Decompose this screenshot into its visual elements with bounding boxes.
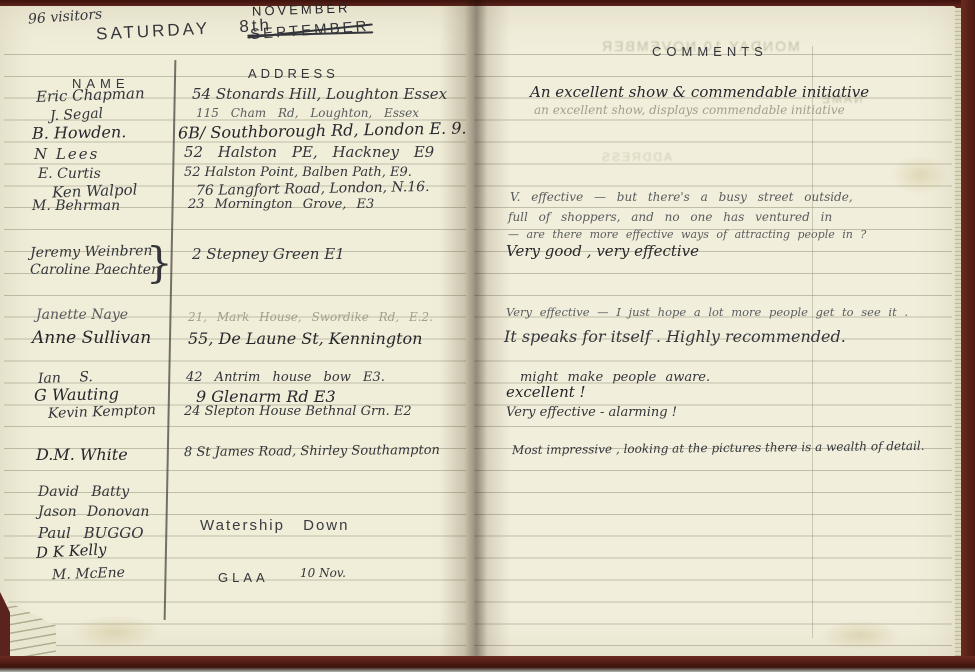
entry-name: Paul BUGGO bbox=[38, 524, 144, 542]
glaa-date: 10 Nov. bbox=[300, 566, 346, 580]
entry-address: 115 Cham Rd, Loughton, Essex bbox=[196, 106, 419, 120]
guestbook-spread: MONDAY 10 NOVEMBER NAME ADDRESS 96 visit… bbox=[0, 0, 975, 672]
entry-name: David Batty bbox=[38, 484, 129, 500]
comment-line: Very effective — I just hope a lot more … bbox=[506, 305, 908, 319]
entry-name: G Wauting bbox=[34, 384, 119, 404]
entry-address: 55, De Laune St, Kennington bbox=[188, 329, 422, 348]
entry-address: 2 Stepney Green E1 bbox=[192, 245, 345, 263]
entry-name: Janette Naye bbox=[36, 307, 128, 323]
comment-line: Very effective - alarming ! bbox=[506, 405, 677, 420]
entry-address: 24 Slepton House Bethnal Grn. E2 bbox=[184, 404, 412, 419]
comment-line: An excellent show & commendable initiati… bbox=[530, 83, 869, 101]
comment-line: full of shoppers, and no one has venture… bbox=[508, 210, 832, 224]
entry-address: 52 Halston PE, Hackney E9 bbox=[184, 143, 434, 161]
comment-line: It speaks for itself . Highly recommende… bbox=[504, 327, 846, 346]
row-brace: } bbox=[146, 238, 173, 287]
book-cover-bottom bbox=[0, 656, 975, 672]
column-header-address: ADDRESS bbox=[248, 66, 339, 81]
entry-address: 8 St James Road, Shirley Southampton bbox=[184, 443, 440, 460]
entry-name: Anne Sullivan bbox=[32, 328, 151, 348]
book-spine bbox=[440, 0, 510, 672]
entry-name: D K Kelly bbox=[36, 540, 107, 562]
entry-name: M. Behrman bbox=[32, 198, 120, 214]
entry-name: M. McEne bbox=[52, 565, 125, 584]
comment-line: V. effective — but there's a busy street… bbox=[510, 190, 853, 204]
entry-name: Eric Chapman bbox=[36, 84, 145, 106]
book-cover-right bbox=[961, 0, 975, 672]
entry-name: J. Segal bbox=[50, 106, 104, 125]
entry-address: 52 Halston Point, Balben Path, E9. bbox=[184, 165, 412, 180]
stain bbox=[890, 155, 950, 195]
entry-address: 54 Stonards Hill, Loughton Essex bbox=[192, 85, 447, 103]
entry-name: Jason Donovan bbox=[38, 504, 149, 520]
stain bbox=[70, 615, 160, 649]
entry-address: GLAA bbox=[218, 570, 269, 585]
entry-name: D.M. White bbox=[36, 445, 128, 464]
entry-name: B. Howden. bbox=[32, 122, 127, 143]
bleedthrough-text: ADDRESS bbox=[600, 150, 672, 164]
entry-address: 21, Mark House, Swordike Rd, E.2. bbox=[188, 310, 433, 324]
comment-line: an excellent show, displays commendable … bbox=[534, 103, 845, 117]
comment-line: Very good , very effective bbox=[506, 242, 699, 260]
comment-line: — are there more effective ways of attra… bbox=[508, 228, 866, 241]
entry-name: N Lees bbox=[34, 145, 99, 163]
entry-name: Jeremy Weinbren bbox=[30, 243, 153, 261]
stain bbox=[820, 620, 900, 650]
entry-address: Watership Down bbox=[200, 517, 349, 534]
entry-address: 42 Antrim house bow E3. bbox=[186, 370, 385, 385]
entry-address: 23 Mornington Grove, E3 bbox=[188, 197, 374, 212]
comment-line: excellent ! bbox=[506, 383, 586, 401]
column-header-comments: COMMENTS bbox=[652, 44, 768, 59]
entry-name: E. Curtis bbox=[38, 166, 101, 182]
entry-name: Caroline Paechter bbox=[30, 262, 158, 278]
